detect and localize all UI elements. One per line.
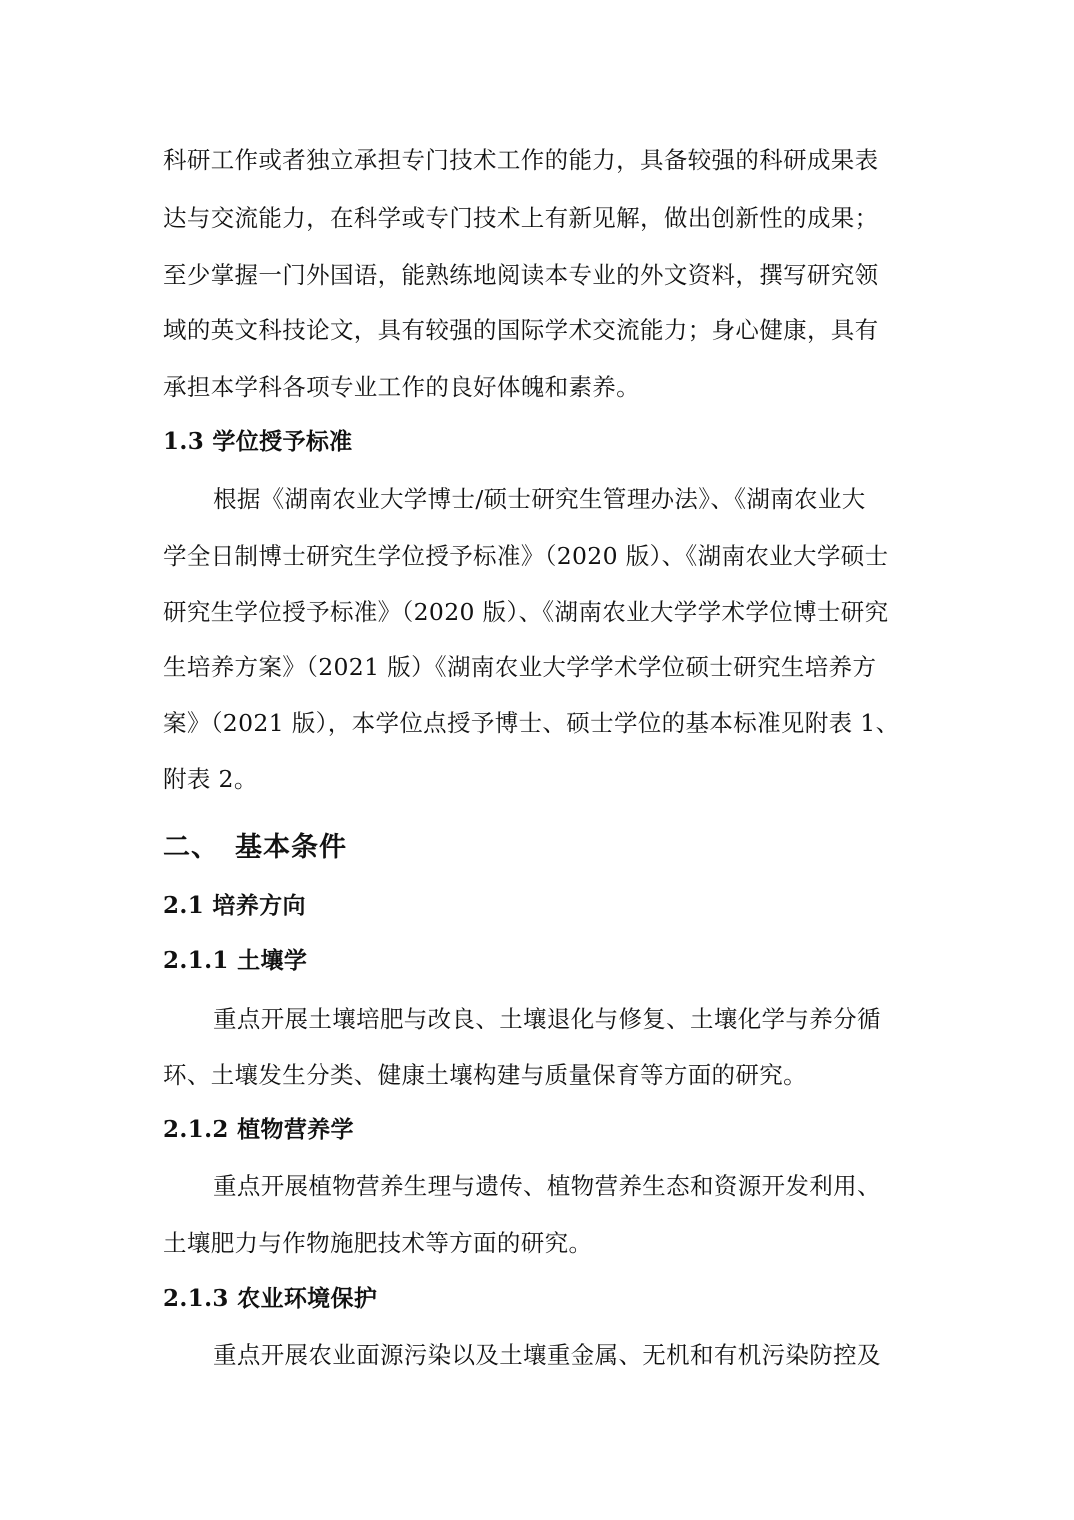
chapter-number: 二、 <box>163 833 235 863</box>
section-heading-2-1-3: 2.1.3 农业环境保护 <box>163 1284 377 1314</box>
chapter-heading-2: 二、基本条件 <box>163 833 347 863</box>
section-heading-2-1-2: 2.1.2 植物营养学 <box>163 1115 354 1145</box>
section-heading-1-3: 1.3 学位授予标准 <box>163 427 353 457</box>
paragraph-line: 研究生学位授予标准》（2020 版）、《湖南农业大学学术学位博士研究 <box>163 597 888 627</box>
paragraph-line: 重点开展土壤培肥与改良、土壤退化与修复、土壤化学与养分循 <box>213 1004 881 1034</box>
paragraph-line: 域的英文科技论文，具有较强的国际学术交流能力；身心健康，具有 <box>163 315 879 345</box>
paragraph-line: 生培养方案》（2021 版）《湖南农业大学学术学位硕士研究生培养方 <box>163 652 876 682</box>
paragraph-line: 环、土壤发生分类、健康土壤构建与质量保育等方面的研究。 <box>163 1060 807 1090</box>
document-page: 科研工作或者独立承担专门技术工作的能力，具备较强的科研成果表 达与交流能力，在科… <box>0 0 1074 1520</box>
paragraph-line: 案》（2021 版），本学位点授予博士、硕士学位的基本标准见附表 1、 <box>163 708 899 738</box>
paragraph-line: 土壤肥力与作物施肥技术等方面的研究。 <box>163 1228 592 1258</box>
section-heading-2-1-1: 2.1.1 土壤学 <box>163 946 307 976</box>
paragraph-line: 科研工作或者独立承担专门技术工作的能力，具备较强的科研成果表 <box>163 145 879 175</box>
paragraph-line: 承担本学科各项专业工作的良好体魄和素养。 <box>163 372 640 402</box>
paragraph-line: 重点开展农业面源污染以及土壤重金属、无机和有机污染防控及 <box>213 1340 881 1370</box>
chapter-title: 基本条件 <box>235 832 347 863</box>
paragraph-line: 根据《湖南农业大学博士/硕士研究生管理办法》、《湖南农业大 <box>213 484 866 514</box>
paragraph-line: 重点开展植物营养生理与遗传、植物营养生态和资源开发利用、 <box>213 1171 881 1201</box>
paragraph-line: 学全日制博士研究生学位授予标准》（2020 版）、《湖南农业大学硕士 <box>163 541 888 571</box>
section-heading-2-1: 2.1 培养方向 <box>163 891 306 921</box>
paragraph-line: 达与交流能力，在科学或专门技术上有新见解，做出创新性的成果； <box>163 203 879 233</box>
paragraph-line: 附表 2。 <box>163 764 258 794</box>
paragraph-line: 至少掌握一门外国语，能熟练地阅读本专业的外文资料，撰写研究领 <box>163 260 879 290</box>
